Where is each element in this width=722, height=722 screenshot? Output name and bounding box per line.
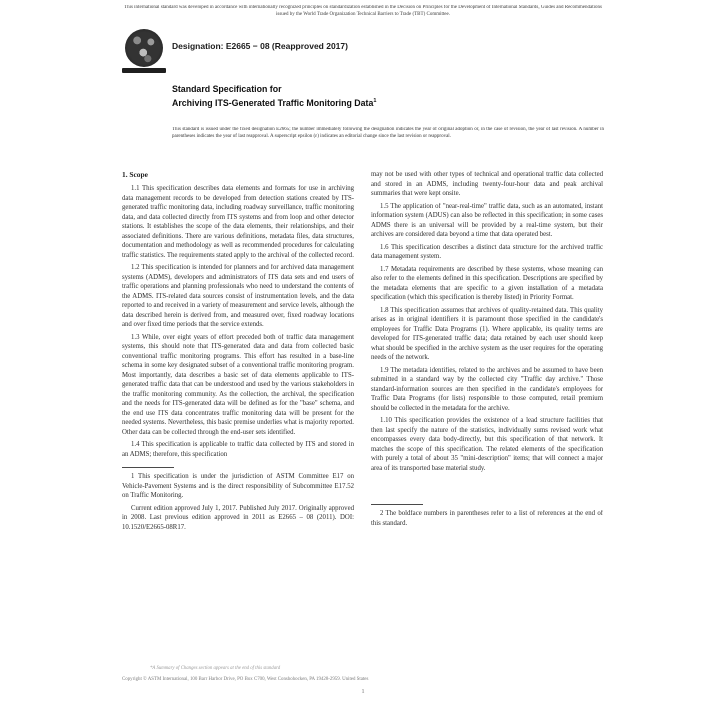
- paragraph-1-10: 1.10 This specification provides the exi…: [371, 416, 603, 473]
- paragraph-1-7: 1.7 Metadata requirements are described …: [371, 265, 603, 303]
- page-number: 1: [120, 688, 606, 695]
- paragraph-1-9: 1.9 The metadata identifies, related to …: [371, 366, 603, 414]
- paragraph-1-4-continued: may not be used with other types of tech…: [371, 170, 603, 199]
- paragraph-1-2: 1.2 This specification is intended for p…: [122, 263, 354, 330]
- top-standard-notice: This international standard was develope…: [120, 5, 606, 18]
- paragraph-1-8: 1.8 This specification assumes that arch…: [371, 306, 603, 363]
- designation-line: Designation: E2665 − 08 (Reapproved 2017…: [172, 41, 348, 51]
- paragraph-1-5: 1.5 The application of "near-real-time" …: [371, 202, 603, 240]
- footnote-2: 2 The boldface numbers in parentheses re…: [371, 509, 603, 528]
- summary-of-changes-note: *A Summary of Changes section appears at…: [150, 666, 280, 671]
- scope-heading: 1. Scope: [122, 170, 354, 179]
- right-column: may not be used with other types of tech…: [371, 170, 603, 535]
- left-column: 1. Scope 1.1 This specification describe…: [122, 170, 354, 535]
- footnote-1: 1 This specification is under the jurisd…: [122, 472, 354, 501]
- astm-international-banner-icon: [122, 68, 166, 73]
- footnote-separator-right: [371, 504, 423, 505]
- astm-logo: [122, 29, 168, 77]
- title-footnote-marker: 1: [373, 98, 376, 104]
- astm-globe-logo-icon: [125, 29, 163, 67]
- column-spacer: [371, 476, 603, 496]
- title-line-2: Archiving ITS-Generated Traffic Monitori…: [172, 96, 376, 109]
- paragraph-1-1: 1.1 This specification describes data el…: [122, 184, 354, 260]
- paragraph-1-3: 1.3 While, over eight years of effort pr…: [122, 333, 354, 438]
- standard-title: Standard Specification for Archiving ITS…: [172, 84, 376, 109]
- copyright-line: Copyright © ASTM International, 100 Barr…: [122, 677, 440, 683]
- footnote-edition: Current edition approved July 1, 2017. P…: [122, 504, 354, 533]
- body-columns: 1. Scope 1.1 This specification describe…: [122, 170, 604, 535]
- document-page: This international standard was develope…: [120, 0, 606, 722]
- footnote-separator-left: [122, 467, 174, 468]
- issuance-note: This standard is issued under the fixed …: [172, 126, 604, 140]
- paragraph-1-4: 1.4 This specification is applicable to …: [122, 440, 354, 459]
- title-line-1: Standard Specification for: [172, 84, 376, 96]
- paragraph-1-6: 1.6 This specification describes a disti…: [371, 243, 603, 262]
